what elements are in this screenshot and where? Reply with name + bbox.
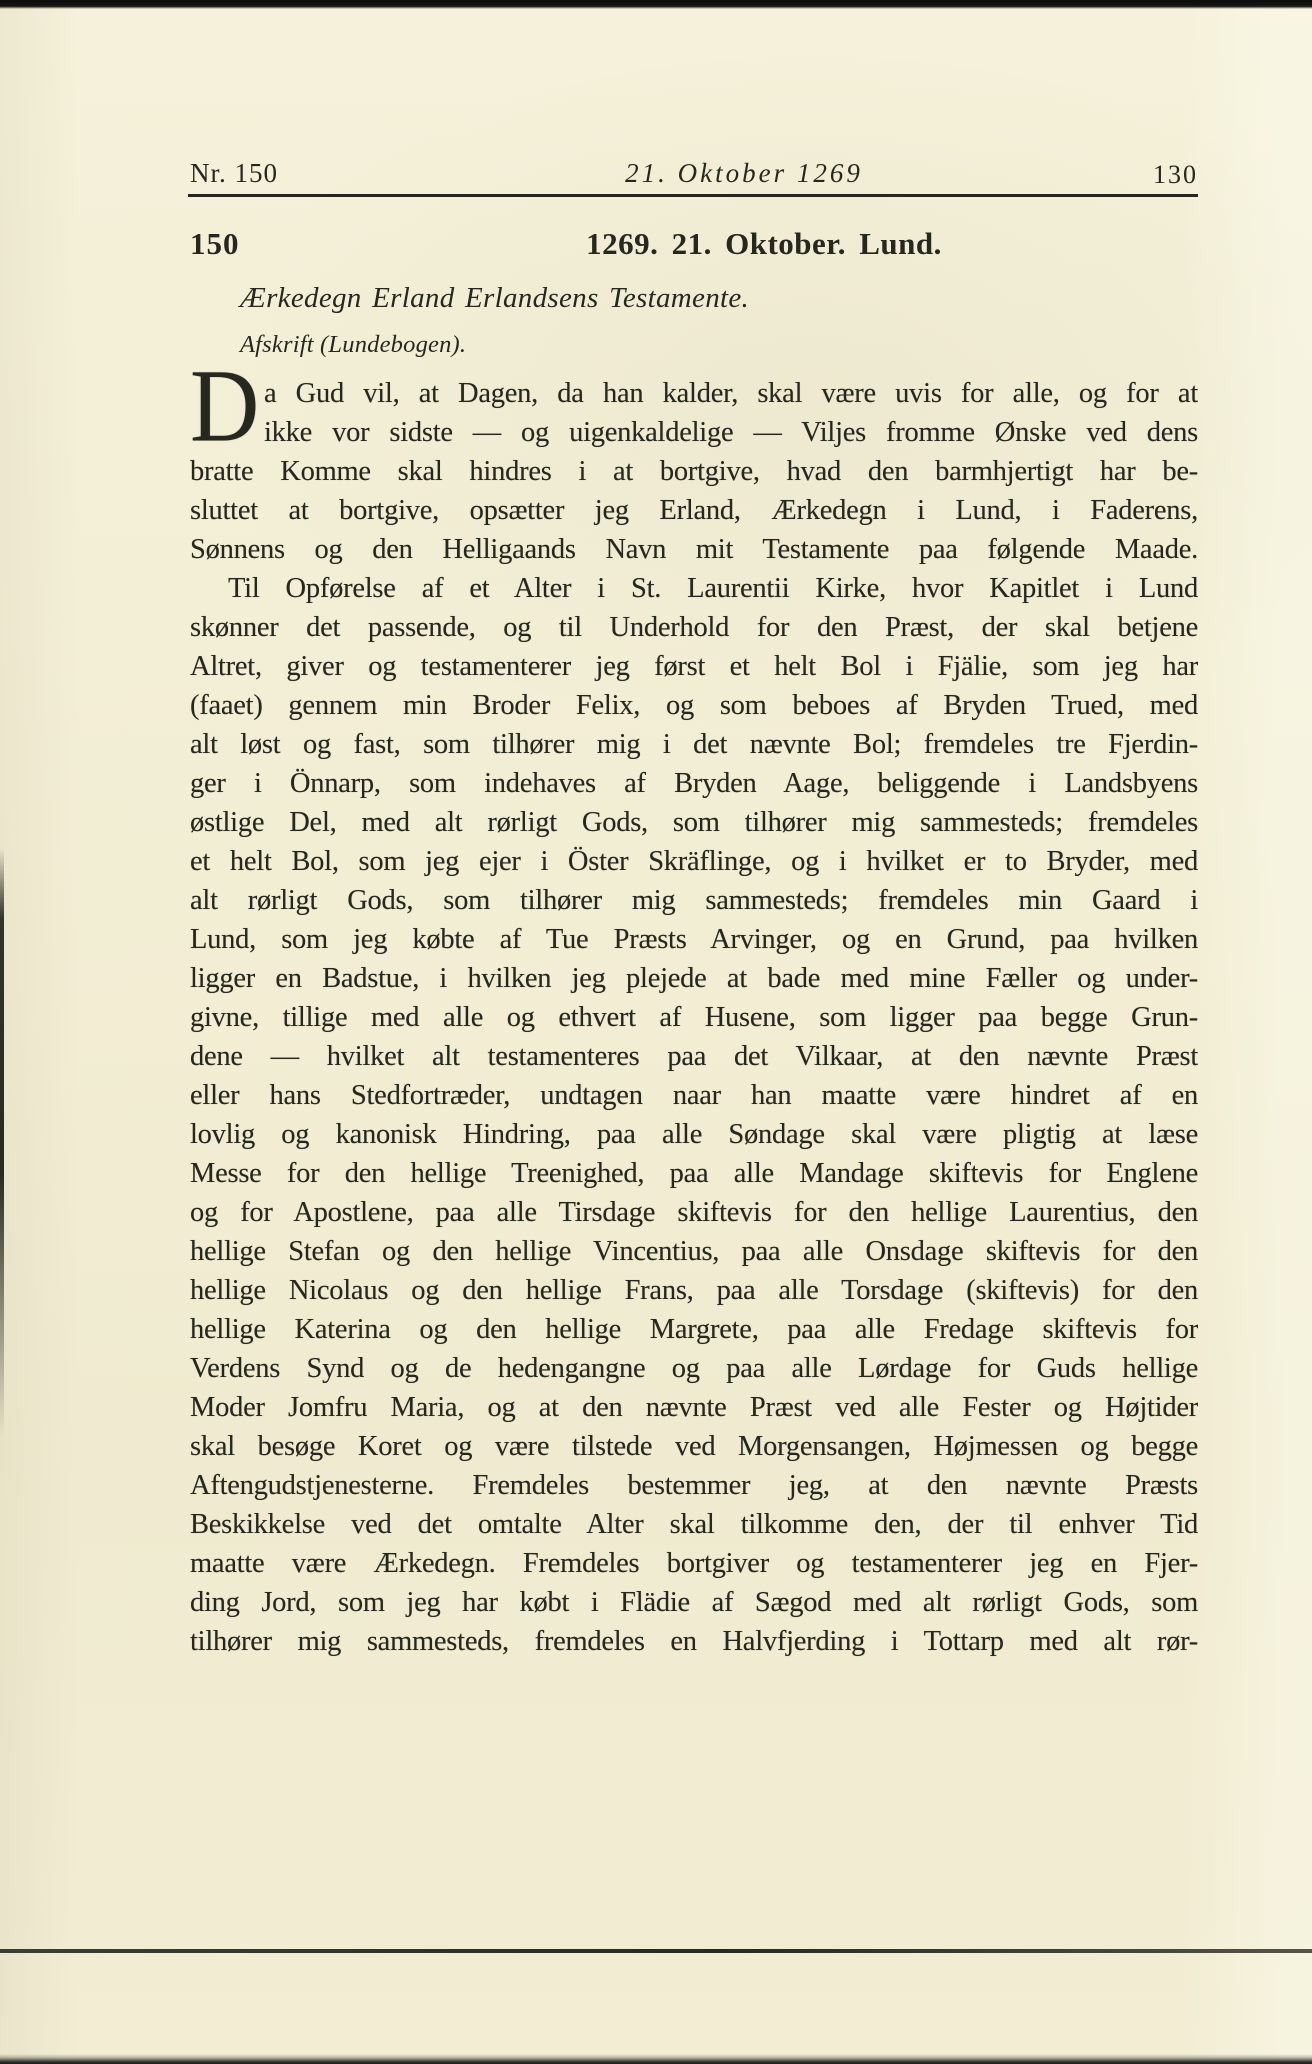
paragraph-1: D a Gud vil, at Dagen, da han kalder, sk… — [190, 374, 1198, 569]
running-header-date: 21. Oktober 1269 — [625, 158, 863, 189]
source-note: Afskrift (Lundebogen). — [240, 331, 466, 359]
text-line: Lund, som jeg købte af Tue Præsts Arving… — [190, 920, 1198, 959]
text-line: ding Jord, som jeg har købt i Flädie af … — [190, 1583, 1198, 1622]
text-line: hellige Katerina og den hellige Margrete… — [190, 1310, 1198, 1349]
text-line: alt rørligt Gods, som tilhører mig samme… — [190, 881, 1198, 920]
text-line: ger i Önnarp, som indehaves af Bryden Aa… — [190, 764, 1198, 803]
text-line: lovlig og kanonisk Hindring, paa alle Sø… — [190, 1115, 1198, 1154]
text-line: hellige Nicolaus og den hellige Frans, p… — [190, 1271, 1198, 1310]
scan-edge-left — [0, 848, 4, 1438]
document-title: 1269. 21. Oktober. Lund. — [586, 226, 942, 262]
text-line: sluttet at bortgive, opsætter jeg Erland… — [190, 491, 1198, 530]
text-line: skønner det passende, og til Underhold f… — [190, 608, 1198, 647]
text-line: Moder Jomfru Maria, og at den nævnte Præ… — [190, 1388, 1198, 1427]
text-line: dene — hvilket alt testamenteres paa det… — [190, 1037, 1198, 1076]
text-line: a Gud vil, at Dagen, da han kalder, skal… — [264, 374, 1198, 413]
text-line: Aftengudstjenesterne. Fremdeles bestemme… — [190, 1466, 1198, 1505]
text-line: Altret, giver og testamenterer jeg først… — [190, 647, 1198, 686]
paragraph-2: Til Opførelse af et Alter i St. Laurenti… — [190, 569, 1198, 1661]
text-line: Til Opførelse af et Alter i St. Laurenti… — [190, 569, 1198, 608]
text-line: et helt Bol, som jeg ejer i Öster Skräfl… — [190, 842, 1198, 881]
text-line: og for Apostlene, paa alle Tirsdage skif… — [190, 1193, 1198, 1232]
book-page-scan: Nr. 150 21. Oktober 1269 130 150 1269. 2… — [0, 0, 1312, 2064]
text-line: østlige Del, med alt rørligt Gods, som t… — [190, 803, 1198, 842]
text-line: Messe for den hellige Treenighed, paa al… — [190, 1154, 1198, 1193]
running-header: Nr. 150 21. Oktober 1269 130 — [190, 158, 1198, 192]
document-body: D a Gud vil, at Dagen, da han kalder, sk… — [190, 374, 1198, 1661]
document-heading: 150 1269. 21. Oktober. Lund. — [190, 226, 1198, 262]
text-line: alt løst og fast, som tilhører mig i det… — [190, 725, 1198, 764]
page-number: 130 — [1153, 160, 1198, 190]
text-line: givne, tillige med alle og ethvert af Hu… — [190, 998, 1198, 1037]
drop-cap: D — [190, 374, 252, 452]
document-subtitle: Ærkedegn Erland Erlandsens Testamente. — [240, 282, 749, 315]
running-header-number: Nr. 150 — [190, 158, 278, 189]
text-line: skal besøge Koret og være tilstede ved M… — [190, 1427, 1198, 1466]
text-line: eller hans Stedfortræder, undtagen naar … — [190, 1076, 1198, 1115]
text-line: Verdens Synd og de hedengangne og paa al… — [190, 1349, 1198, 1388]
text-line: Beskikkelse ved det omtalte Alter skal t… — [190, 1505, 1198, 1544]
document-number: 150 — [190, 226, 240, 262]
text-line: bratte Komme skal hindres i at bortgive,… — [190, 452, 1198, 491]
header-rule — [188, 194, 1198, 197]
text-line: (faaet) gennem min Broder Felix, og som … — [190, 686, 1198, 725]
text-line: tilhører mig sammesteds, fremdeles en Ha… — [190, 1622, 1198, 1661]
text-line: maatte være Ærkedegn. Fremdeles bortgive… — [190, 1544, 1198, 1583]
text-line: ikke vor sidste — og uigenkaldelige — Vi… — [264, 413, 1198, 452]
text-line: hellige Stefan og den hellige Vincentius… — [190, 1232, 1198, 1271]
page-content: Nr. 150 21. Oktober 1269 130 150 1269. 2… — [190, 0, 1198, 2064]
text-line: ligger en Badstue, i hvilken jeg plejede… — [190, 959, 1198, 998]
text-line: Sønnens og den Helligaands Navn mit Test… — [190, 530, 1198, 569]
